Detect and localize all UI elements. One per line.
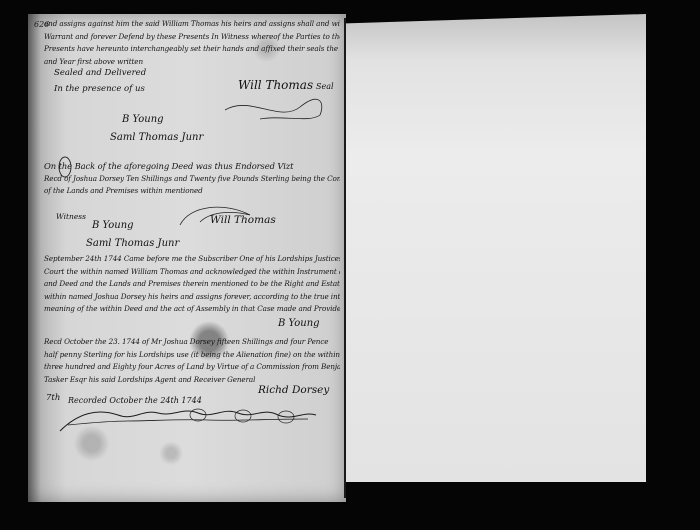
grantor-signature: Will Thomas bbox=[238, 78, 313, 92]
receipt-text: Recd October the 23. 1744 of Mr Joshua D… bbox=[44, 336, 340, 386]
microfilm-scan: 626 and assigns against him the said Wil… bbox=[0, 0, 700, 530]
seal-mark: Seal bbox=[316, 82, 334, 91]
deed-text: and assigns against him the said William… bbox=[44, 18, 340, 68]
witness-signature: B Young bbox=[92, 220, 134, 231]
deed-line: Warrant and forever Defend by these Pres… bbox=[44, 31, 340, 44]
receipt-line: half penny Sterling for his Lordships us… bbox=[44, 349, 340, 362]
receipt-line: Recd October the 23. 1744 of Mr Joshua D… bbox=[44, 336, 340, 349]
receipt-line: three hundred and Eighty four Acres of L… bbox=[44, 361, 340, 374]
deed-line: and Year first above written bbox=[44, 56, 340, 69]
endorsement-text: On the Back of the aforegoing Deed was t… bbox=[44, 160, 340, 198]
page-mark: 7th bbox=[46, 393, 60, 403]
witness-signature: Saml Thomas Junr bbox=[86, 238, 179, 249]
endorsement-signature: Will Thomas bbox=[210, 214, 276, 226]
receipt-signature: Richd Dorsey bbox=[258, 384, 329, 396]
right-page-blank bbox=[346, 14, 646, 482]
witness-signature: B Young bbox=[122, 114, 164, 125]
deed-line: and assigns against him the said William… bbox=[44, 18, 340, 31]
acknowledgment-text: September 24th 1744 Came before me the S… bbox=[44, 253, 340, 316]
acknowledgment-line: September 24th 1744 Came before me the S… bbox=[44, 253, 340, 266]
acknowledgment-line: within named Joshua Dorsey his heirs and… bbox=[44, 291, 340, 304]
witness-signature: Saml Thomas Junr bbox=[110, 132, 203, 143]
recorded-date: Recorded October the 24th 1744 bbox=[68, 396, 202, 405]
justice-signature: B Young bbox=[278, 318, 320, 329]
page-gutter bbox=[344, 18, 346, 498]
witness-label: Witness bbox=[56, 212, 86, 221]
presence-label: In the presence of us bbox=[54, 84, 145, 94]
deed-line: Presents have hereunto interchangeably s… bbox=[44, 43, 340, 56]
acknowledgment-line: Court the within named William Thomas an… bbox=[44, 266, 340, 279]
endorsement-line: of the Lands and Premises within mention… bbox=[44, 185, 340, 198]
endorsement-line: Recd of Joshua Dorsey Ten Shillings and … bbox=[44, 173, 340, 186]
acknowledgment-line: meaning of the within Deed and the act o… bbox=[44, 303, 340, 316]
endorsement-line: On the Back of the aforegoing Deed was t… bbox=[44, 160, 340, 173]
acknowledgment-line: and Deed and the Lands and Premises ther… bbox=[44, 278, 340, 291]
sealed-delivered-label: Sealed and Delivered bbox=[54, 68, 146, 78]
